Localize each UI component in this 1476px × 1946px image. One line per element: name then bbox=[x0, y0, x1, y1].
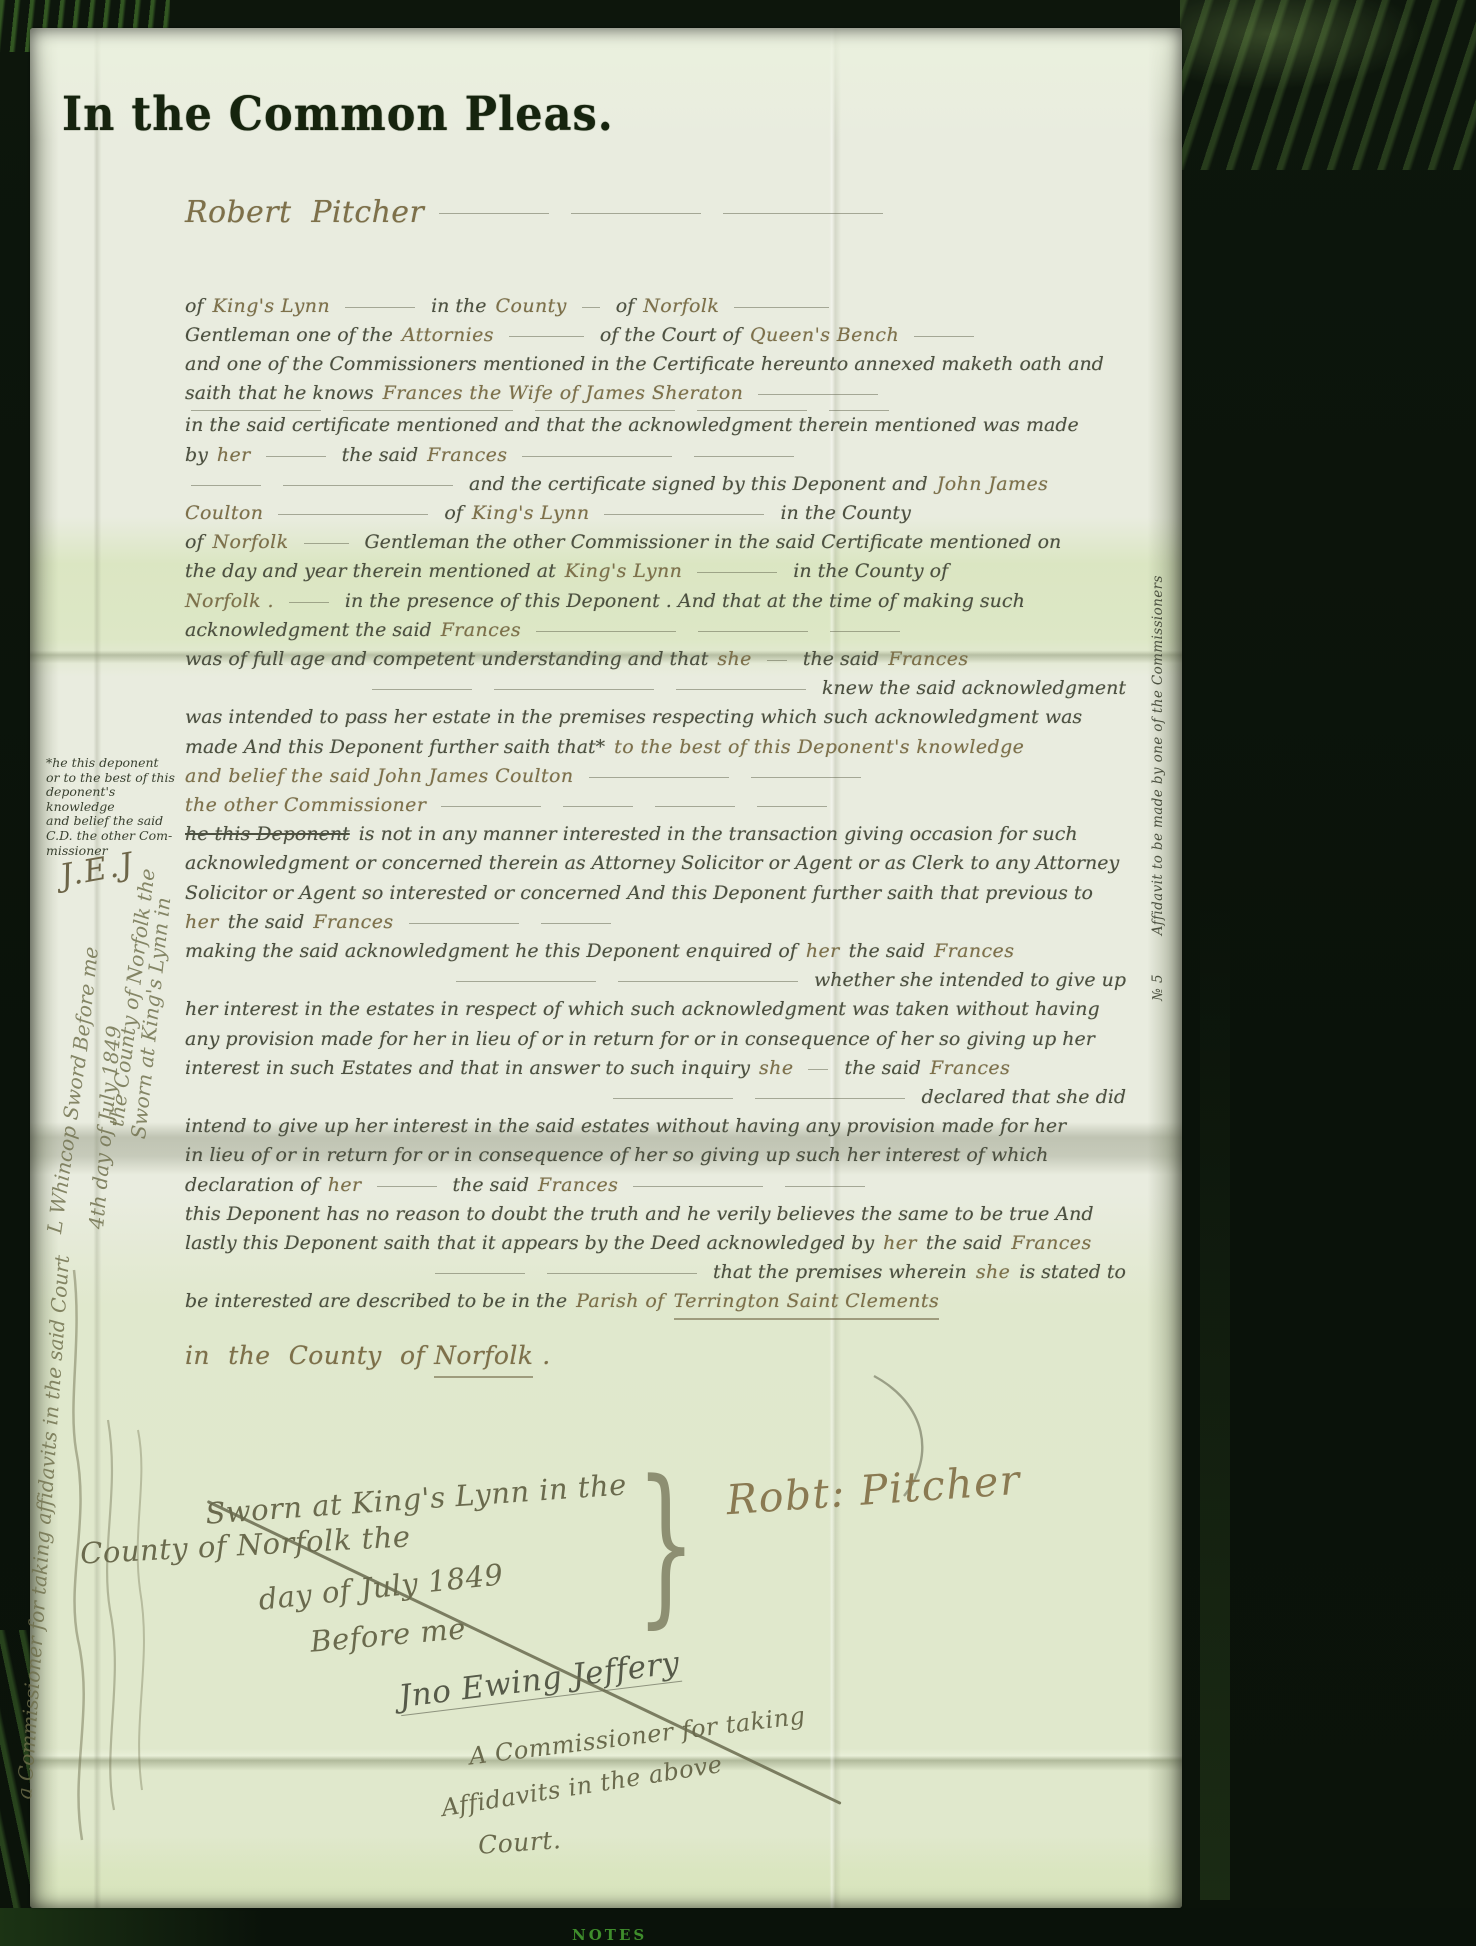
dash-rule bbox=[541, 921, 611, 924]
printed-text: declared that she did bbox=[921, 1083, 1126, 1112]
printed-text: in the County of bbox=[793, 557, 948, 586]
body-line: ofKing's Lynnin theCountyofNorfolk bbox=[185, 292, 1135, 321]
handwritten-text: Attornies bbox=[402, 321, 494, 350]
form-number: № 5 bbox=[1150, 974, 1166, 1001]
printed-text: and one of the Commissioners mentioned i… bbox=[185, 350, 1104, 379]
dash-rule bbox=[757, 804, 827, 807]
body-line: declared that she did bbox=[185, 1083, 1135, 1112]
printed-text: acknowledgment or concerned therein as A… bbox=[185, 849, 1119, 878]
dash-rule bbox=[758, 392, 878, 395]
handwritten-text: Frances bbox=[538, 1171, 618, 1200]
dash-rule bbox=[633, 1184, 763, 1187]
printed-text: in the presence of this Deponent . And t… bbox=[345, 587, 1025, 616]
body-line: knew the said acknowledgment bbox=[185, 674, 1135, 703]
dash-rule bbox=[439, 211, 549, 214]
handwritten-text: the other Commissioner bbox=[185, 791, 426, 820]
printed-text: of bbox=[185, 528, 203, 557]
handwritten-text: Frances bbox=[930, 1054, 1010, 1083]
handwritten-text: she bbox=[976, 1258, 1010, 1287]
printed-text: whether she intended to give up bbox=[814, 966, 1126, 995]
body-line: acknowledgment the saidFrances bbox=[185, 616, 1135, 645]
body-line: whether she intended to give up bbox=[185, 966, 1135, 995]
handwritten-text: to the best of this Deponent's knowledge bbox=[614, 733, 1024, 762]
dash-rule bbox=[571, 211, 701, 214]
handwritten-text: . bbox=[542, 1336, 550, 1375]
dash-rule bbox=[767, 658, 787, 661]
printed-text: by bbox=[185, 441, 208, 470]
dash-rule bbox=[723, 211, 883, 214]
dash-rule bbox=[676, 687, 806, 690]
margin-note-line: or to the best of this bbox=[46, 771, 184, 786]
dash-rule bbox=[345, 305, 415, 308]
printed-text: in lieu of or in return for or in conseq… bbox=[185, 1141, 1048, 1170]
body-line: saith that he knowsFrances the Wife of J… bbox=[185, 379, 1135, 408]
printed-text: her interest in the estates in respect o… bbox=[185, 995, 1100, 1024]
printed-text: any provision made for her in lieu of or… bbox=[185, 1025, 1095, 1054]
printed-text: was intended to pass her estate in the p… bbox=[185, 703, 1082, 732]
body-line: making the said acknowledgment he this D… bbox=[185, 937, 1135, 966]
printed-text: is stated to bbox=[1019, 1258, 1126, 1287]
commissioner-title-line: Court. bbox=[477, 1825, 562, 1860]
body-line: declaration ofherthe saidFrances bbox=[185, 1171, 1135, 1200]
printed-text: of bbox=[185, 292, 203, 321]
body-line: ofNorfolkGentleman the other Commissione… bbox=[185, 528, 1135, 557]
scan-bottom-edge bbox=[0, 1908, 1476, 1946]
handwritten-text: her bbox=[883, 1229, 917, 1258]
body-line: and belief the said John James Coulton bbox=[185, 762, 1135, 791]
dash-rule bbox=[304, 541, 349, 544]
dash-rule bbox=[589, 775, 729, 778]
margin-note-line: *he this deponent bbox=[46, 756, 184, 771]
printed-text: be interested are described to be in the bbox=[185, 1287, 567, 1316]
printed-text: was of full age and competent understand… bbox=[185, 645, 708, 674]
handwritten-text: Frances bbox=[934, 937, 1014, 966]
dash-rule bbox=[509, 334, 584, 337]
body-line: Solicitor or Agent so interested or conc… bbox=[185, 879, 1135, 908]
dash-rule bbox=[563, 804, 633, 807]
handwritten-text: her bbox=[328, 1171, 362, 1200]
body-line: the other Commissioner bbox=[185, 791, 1135, 820]
body-line: was intended to pass her estate in the p… bbox=[185, 703, 1135, 732]
court-heading: In the Common Pleas. bbox=[62, 88, 614, 142]
dash-rule bbox=[613, 1096, 733, 1099]
body-line: acknowledgment or concerned therein as A… bbox=[185, 849, 1135, 878]
printed-text: is not in any manner interested in the t… bbox=[359, 820, 1078, 849]
handwritten-text: Norfolk bbox=[434, 1336, 533, 1378]
printed-text: in the County bbox=[780, 499, 910, 528]
handwritten-text: she bbox=[717, 645, 751, 674]
body-line: the day and year therein mentioned atKin… bbox=[185, 557, 1135, 586]
printed-text: knew the said acknowledgment bbox=[822, 674, 1126, 703]
jurat-brace: } bbox=[636, 1458, 696, 1630]
printed-text: made And this Deponent further saith tha… bbox=[185, 733, 605, 762]
body-line: was of full age and competent understand… bbox=[185, 645, 1135, 674]
printed-text: Gentleman one of the bbox=[185, 321, 393, 350]
body-line: any provision made for her in lieu of or… bbox=[185, 1025, 1135, 1054]
handwritten-text: her bbox=[806, 937, 840, 966]
dash-rule bbox=[914, 334, 974, 337]
printed-text: of bbox=[616, 292, 634, 321]
body-line: he this Deponentis not in any manner int… bbox=[185, 820, 1135, 849]
body-line: this Deponent has no reason to doubt the… bbox=[185, 1200, 1135, 1229]
printed-text: Gentleman the other Commissioner in the … bbox=[365, 528, 1062, 557]
dash-rule bbox=[536, 629, 676, 632]
body-line: interest in such Estates and that in ans… bbox=[185, 1054, 1135, 1083]
printed-text: interest in such Estates and that in ans… bbox=[185, 1054, 750, 1083]
handwritten-text: Frances bbox=[427, 441, 507, 470]
handwritten-text: John James bbox=[937, 470, 1049, 499]
dash-rule bbox=[289, 600, 329, 603]
printed-text: saith that he knows bbox=[185, 379, 374, 408]
dash-rule bbox=[441, 804, 541, 807]
handwritten-text: her bbox=[217, 441, 251, 470]
dash-rule bbox=[751, 775, 861, 778]
body-line: Robert Pitcher bbox=[185, 190, 1135, 236]
dash-rule bbox=[456, 979, 596, 982]
handwritten-text: Frances bbox=[888, 645, 968, 674]
margin-note-line: C.D. the other Com- bbox=[46, 829, 184, 844]
dash-rule bbox=[278, 512, 428, 515]
printed-text: in the said certificate mentioned and th… bbox=[185, 411, 1079, 440]
body-line: in lieu of or in return for or in conseq… bbox=[185, 1141, 1135, 1170]
printed-text: the said bbox=[844, 1054, 920, 1083]
handwritten-text: and belief the said John James Coulton bbox=[185, 762, 574, 791]
body-line: Gentleman one of theAttorniesof the Cour… bbox=[185, 321, 1135, 350]
handwritten-text: Norfolk bbox=[643, 292, 719, 321]
printed-text: the said bbox=[228, 908, 304, 937]
dash-rule bbox=[694, 454, 794, 457]
scanned-document: In the Common Pleas. Robert PitcherofKin… bbox=[0, 0, 1476, 1946]
handwritten-text: Coulton bbox=[185, 499, 263, 528]
printed-text: Solicitor or Agent so interested or conc… bbox=[185, 879, 1093, 908]
dash-rule bbox=[266, 454, 326, 457]
handwritten-text: King's Lynn bbox=[212, 292, 330, 321]
printed-text: declaration of bbox=[185, 1171, 319, 1200]
printed-text: making the said acknowledgment he this D… bbox=[185, 937, 797, 966]
body-line: lastly this Deponent saith that it appea… bbox=[185, 1229, 1135, 1258]
handwritten-text: Norfolk . bbox=[185, 587, 274, 616]
body-line: be interested are described to be in the… bbox=[185, 1287, 1135, 1319]
handwritten-text: Robert Pitcher bbox=[185, 190, 424, 236]
handwritten-text: Frances the Wife of James Sheraton bbox=[383, 379, 744, 408]
printed-text: of bbox=[444, 499, 462, 528]
dash-rule bbox=[655, 804, 735, 807]
margin-note-line: deponent's knowledge bbox=[46, 785, 184, 814]
printed-text: in the bbox=[431, 292, 486, 321]
handwritten-text: County bbox=[496, 292, 567, 321]
printed-margin-note: *he this deponentor to the best of thisd… bbox=[46, 756, 184, 858]
printed-text: the said bbox=[453, 1171, 529, 1200]
scan-edge-streaks-right bbox=[1200, 900, 1230, 1900]
printed-text: the said bbox=[342, 441, 418, 470]
body-line: that the premises whereinsheis stated to bbox=[185, 1258, 1135, 1287]
body-line: her interest in the estates in respect o… bbox=[185, 995, 1135, 1024]
printed-text: of the Court of bbox=[600, 321, 741, 350]
dash-rule bbox=[191, 483, 261, 486]
dash-rule bbox=[372, 687, 472, 690]
dash-rule bbox=[522, 454, 672, 457]
margin-note-line: and belief the said bbox=[46, 814, 184, 829]
handwritten-text: Queen's Bench bbox=[750, 321, 899, 350]
printed-text: acknowledgment the said bbox=[185, 616, 432, 645]
bottom-edge-label: NOTES bbox=[572, 1926, 647, 1944]
dash-rule bbox=[435, 1271, 525, 1274]
scan-edge-streaks-top-right bbox=[1180, 0, 1476, 170]
dash-rule bbox=[785, 1184, 865, 1187]
affidavit-body: Robert PitcherofKing's Lynnin theCountyo… bbox=[185, 190, 1135, 1378]
form-label-text: Affidavit to be made by one of the Commi… bbox=[1150, 575, 1166, 935]
printed-text: the day and year therein mentioned at bbox=[185, 557, 556, 586]
body-line: intend to give up her interest in the sa… bbox=[185, 1112, 1135, 1141]
body-line: byherthe saidFrances bbox=[185, 441, 1135, 470]
body-line: in the County ofNorfolk. bbox=[185, 1336, 1135, 1378]
dash-rule bbox=[698, 629, 808, 632]
printed-text: and the certificate signed by this Depon… bbox=[469, 470, 928, 499]
handwritten-text: Parish of bbox=[576, 1287, 665, 1316]
handwritten-text: in the County of bbox=[185, 1336, 425, 1375]
dash-rule bbox=[755, 1096, 905, 1099]
handwritten-text: she bbox=[759, 1054, 793, 1083]
printed-text: the said bbox=[926, 1229, 1002, 1258]
handwritten-text: Norfolk bbox=[212, 528, 288, 557]
dash-rule bbox=[283, 483, 453, 486]
body-line: and one of the Commissioners mentioned i… bbox=[185, 350, 1135, 379]
dash-rule bbox=[734, 305, 829, 308]
printed-text: intend to give up her interest in the sa… bbox=[185, 1112, 1066, 1141]
printed-text: this Deponent has no reason to doubt the… bbox=[185, 1200, 1094, 1229]
dash-rule bbox=[697, 570, 777, 573]
dash-rule bbox=[808, 1067, 828, 1070]
body-line: made And this Deponent further saith tha… bbox=[185, 733, 1135, 762]
dash-rule bbox=[582, 305, 600, 308]
dash-rule bbox=[494, 687, 654, 690]
dash-rule bbox=[604, 512, 764, 515]
dash-rule bbox=[830, 629, 900, 632]
handwritten-text: Terrington Saint Clements bbox=[674, 1287, 940, 1319]
body-line: Norfolk .in the presence of this Deponen… bbox=[185, 587, 1135, 616]
dash-rule bbox=[547, 1271, 697, 1274]
printed-text: lastly this Deponent saith that it appea… bbox=[185, 1229, 874, 1258]
printed-text: that the premises wherein bbox=[713, 1258, 967, 1287]
handwritten-text: Frances bbox=[441, 616, 521, 645]
printed-text: the said bbox=[849, 937, 925, 966]
body-line: and the certificate signed by this Depon… bbox=[185, 470, 1135, 499]
body-line: in the said certificate mentioned and th… bbox=[185, 411, 1135, 440]
handwritten-text: Frances bbox=[313, 908, 393, 937]
handwritten-text: King's Lynn bbox=[565, 557, 683, 586]
body-line: CoultonofKing's Lynnin the County bbox=[185, 499, 1135, 528]
printed-text: the said bbox=[803, 645, 879, 674]
handwritten-text: King's Lynn bbox=[472, 499, 590, 528]
dash-rule bbox=[409, 921, 519, 924]
body-line: herthe saidFrances bbox=[185, 908, 1135, 937]
handwritten-text: Frances bbox=[1011, 1229, 1091, 1258]
struck-text: he this Deponent bbox=[185, 820, 350, 849]
dash-rule bbox=[377, 1184, 437, 1187]
dash-rule bbox=[618, 979, 798, 982]
handwritten-text: her bbox=[185, 908, 219, 937]
